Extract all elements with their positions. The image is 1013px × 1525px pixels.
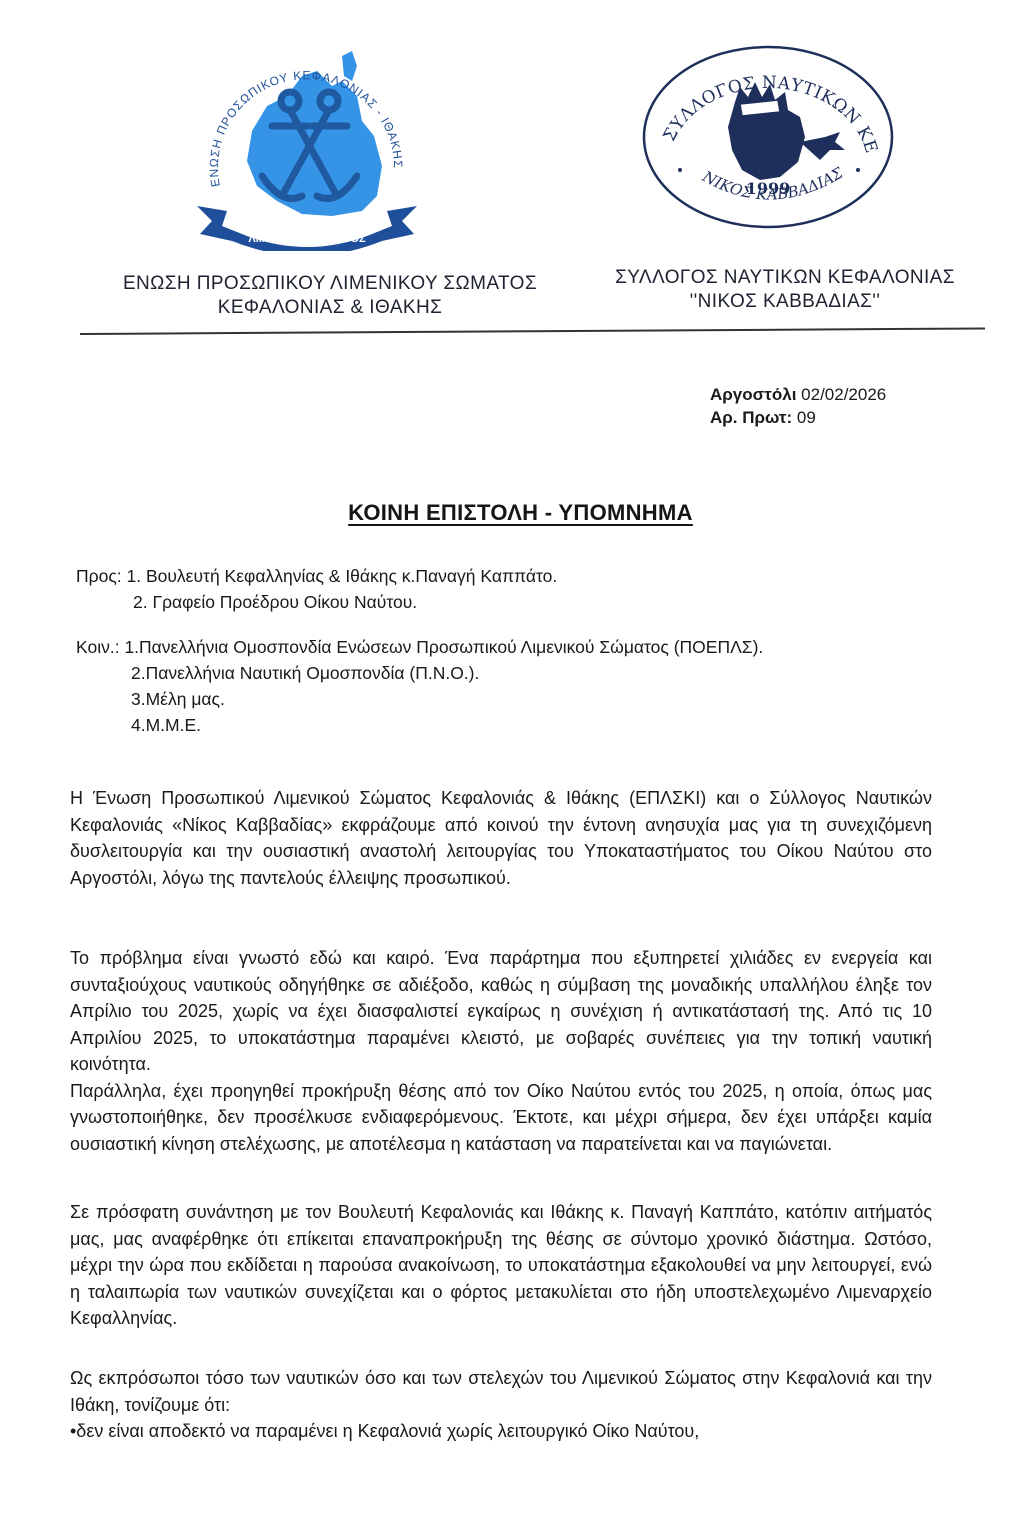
recipient-cc-1: Κοιν.: 1.Πανελλήνια Ομοσπονδία Ενώσεων Π… [76,634,763,660]
left-org-name-line1: ΕΝΩΣΗ ΠΡΟΣΩΠΙΚΟΥ ΛΙΜΕΝΙΚΟΥ ΣΩΜΑΤΟΣ [100,272,560,296]
document-title: ΚΟΙΝΗ ΕΠΙΣΤΟΛΗ - ΥΠΟΜΝΗΜΑ [0,500,1013,526]
protocol-line: Αρ. Πρωτ: 09 [710,406,886,429]
bullet-item: •δεν είναι αποδεκτό να παραμένει η Κεφαλ… [70,1418,932,1445]
port-police-union-logo: ΛΙΜΕΝΙΚΟΥ ΣΩΜΑΤΟΣ ΕΝΩΣΗ ΠΡΟΣΩΠΙΚΟΥ ΚΕΦΑΛ… [192,36,422,251]
recipients-to: Προς: 1. Βουλευτή Κεφαλληνίας & Ιθάκης κ… [76,563,557,615]
header-divider [80,327,985,335]
port-police-union-emblem-icon: ΛΙΜΕΝΙΚΟΥ ΣΩΜΑΤΟΣ ΕΝΩΣΗ ΠΡΟΣΩΠΙΚΟΥ ΚΕΦΑΛ… [192,36,422,251]
body-paragraph-2b: Παράλληλα, έχει προηγηθεί προκήρυξη θέση… [70,1078,932,1158]
right-org-name-line2: ''ΝΙΚΟΣ ΚΑΒΒΑΔΙΑΣ'' [590,290,980,314]
recipient-cc-4: 4.Μ.Μ.Ε. [76,712,763,738]
right-org-name-line1: ΣΥΛΛΟΓΟΣ ΝΑΥΤΙΚΩΝ ΚΕΦΑΛΟΝΙΑΣ [590,266,980,290]
recipient-cc-2: 2.Πανελλήνια Ναυτική Ομοσπονδία (Π.Ν.Ο.)… [76,660,763,686]
right-organization-name: ΣΥΛΛΟΓΟΣ ΝΑΥΤΙΚΩΝ ΚΕΦΑΛΟΝΙΑΣ ''ΝΙΚΟΣ ΚΑΒ… [590,266,980,314]
poseidon-head-seal-icon: ΣΥΛΛΟΓΟΣ ΝΑΥΤΙΚΩΝ ΚΕΦΑΛΟΝΙΑΣ 1999 ΝΙΚΟΣ … [640,42,896,232]
body-paragraph-4-text: Ως εκπρόσωποι τόσο των ναυτικών όσο και … [70,1365,932,1418]
letter-meta: Αργοστόλι 02/02/2026 Αρ. Πρωτ: 09 [710,383,886,429]
recipients-cc: Κοιν.: 1.Πανελλήνια Ομοσπονδία Ενώσεων Π… [76,634,763,738]
protocol-number: 09 [797,408,816,427]
recipient-cc-3: 3.Μέλη μας. [76,686,763,712]
recipient-to-1: Προς: 1. Βουλευτή Κεφαλληνίας & Ιθάκης κ… [76,563,557,589]
svg-text:ΛΙΜΕΝΙΚΟΥ ΣΩΜΑΤΟΣ: ΛΙΜΕΝΙΚΟΥ ΣΩΜΑΤΟΣ [248,233,366,245]
cc-label: Κοιν.: [76,634,120,660]
recipient-to-2: 2. Γραφείο Προέδρου Οίκου Ναύτου. [76,589,557,615]
body-paragraph-2a: Το πρόβλημα είναι γνωστό εδώ και καιρό. … [70,945,932,1078]
left-org-name-line2: ΚΕΦΑΛΟΝΙΑΣ & ΙΘΑΚΗΣ [100,296,560,320]
to-label: Προς: [76,563,122,589]
body-paragraph-4: Ως εκπρόσωποι τόσο των ναυτικών όσο και … [70,1365,932,1445]
left-organization-name: ΕΝΩΣΗ ΠΡΟΣΩΠΙΚΟΥ ΛΙΜΕΝΙΚΟΥ ΣΩΜΑΤΟΣ ΚΕΦΑΛ… [100,272,560,320]
place-label: Αργοστόλι [710,385,796,404]
recipient-item: 1. Βουλευτή Κεφαλληνίας & Ιθάκης κ.Παναγ… [127,566,558,586]
letter-date: 02/02/2026 [801,385,886,404]
recipient-item: 1.Πανελλήνια Ομοσπονδία Ενώσεων Προσωπικ… [124,637,763,657]
body-paragraph-3: Σε πρόσφατη συνάντηση με τον Βουλευτή Κε… [70,1199,932,1332]
sailors-association-logo: ΣΥΛΛΟΓΟΣ ΝΑΥΤΙΚΩΝ ΚΕΦΑΛΟΝΙΑΣ 1999 ΝΙΚΟΣ … [640,42,896,232]
date-line: Αργοστόλι 02/02/2026 [710,383,886,406]
body-paragraph-1: Η Ένωση Προσωπικού Λιμενικού Σώματος Κεφ… [70,785,932,891]
body-paragraph-2: Το πρόβλημα είναι γνωστό εδώ και καιρό. … [70,945,932,1157]
protocol-label: Αρ. Πρωτ: [710,408,792,427]
